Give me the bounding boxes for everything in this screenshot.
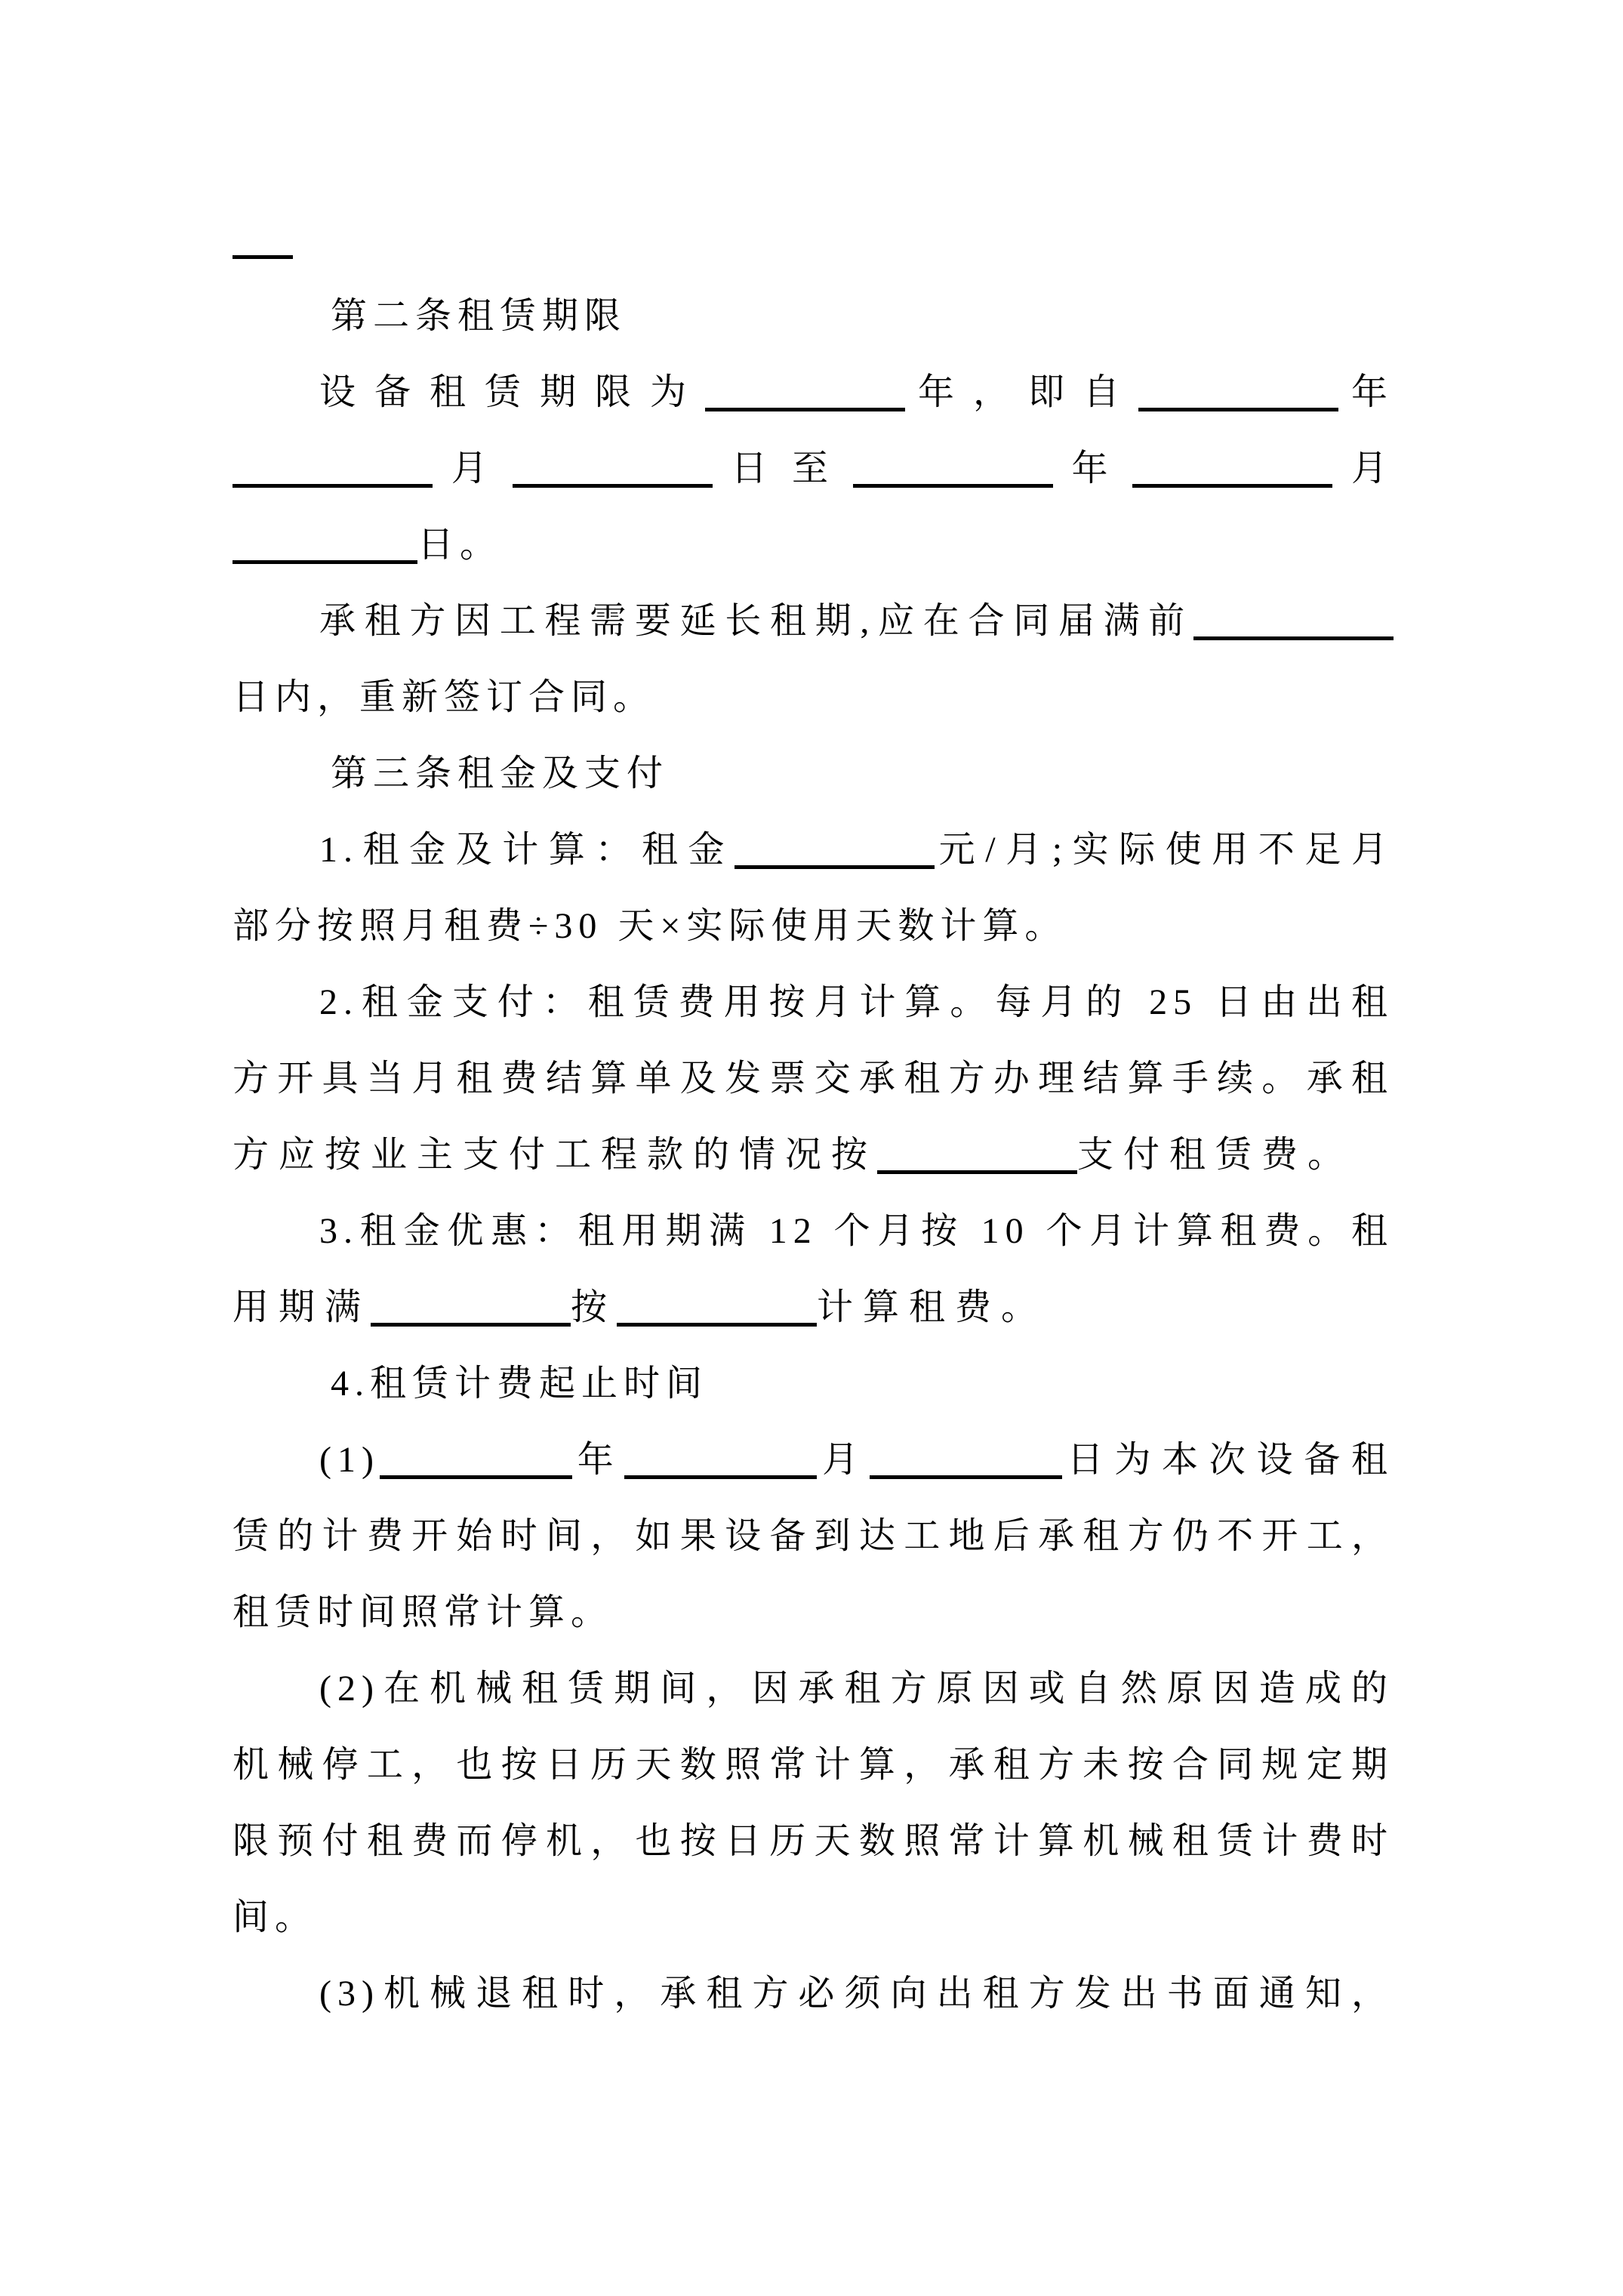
document-line: 第三条租金及支付 [233,735,1394,812]
document-line: 赁的计费开始时间，如果设备到达工地后承租方仍不开工， [233,1498,1394,1574]
document-line: (3)机械退租时，承租方必须向出租方发出书面通知， [233,1955,1394,2032]
line-text: 日为本次设备租 [1062,1440,1394,1480]
line-text: 方应按业主支付工程款的情况按 [233,1135,877,1175]
document-line: 机械停工，也按日历天数照常计算，承租方未按合同规定期 [233,1727,1394,1803]
blank-underline [380,1475,572,1479]
document-line: 2.租金支付：租赁费用按月计算。每月的 25 日由出租 [233,964,1394,1040]
line-text: 1.租金及计算：租金 [319,830,735,870]
document-line: 承租方因工程需要延长租期,应在合同届满前 [233,583,1394,659]
document-line [233,202,1394,278]
document-line: 月日至年月 [233,430,1394,507]
blank-underline [233,255,293,259]
blank-underline [371,1323,571,1327]
line-text: (2)在机械租赁期间，因承租方原因或自然原因造成的 [319,1669,1394,1709]
blank-underline [1132,484,1332,488]
contract-body: 第二条租赁期限设备租赁期限为年，即自年月日至年月日。承租方因工程需要延长租期,应… [233,202,1394,2032]
document-line: 日。 [233,507,1394,583]
document-line: 部分按照月租费÷30 天×实际使用天数计算。 [233,888,1394,964]
document-line: 间。 [233,1879,1394,1955]
line-text: 3.租金优惠：租用期满 12 个月按 10 个月计算租费。租 [319,1211,1394,1251]
blank-underline [705,408,905,411]
document-line: 租赁时间照常计算。 [233,1574,1394,1650]
line-text: 间。 [233,1897,317,1937]
line-text: 日至 [713,448,853,488]
line-text: 按 [571,1287,617,1327]
blank-underline [233,484,433,488]
line-text: 租赁时间照常计算。 [233,1592,613,1632]
document-line: 日内，重新签订合同。 [233,659,1394,735]
line-text: 机械停工，也按日历天数照常计算，承租方未按合同规定期 [233,1745,1394,1785]
document-line: 4.租赁计费起止时间 [233,1345,1394,1422]
blank-underline [853,484,1053,488]
line-text: (3)机械退租时，承租方必须向出租方发出书面通知， [319,1974,1394,2014]
document-line: 方应按业主支付工程款的情况按支付租赁费。 [233,1117,1394,1193]
line-text: 限预付租费而停机，也按日历天数照常计算机械租赁计费时 [233,1821,1394,1861]
line-text: 2.租金支付：租赁费用按月计算。每月的 25 日由出租 [319,982,1394,1022]
document-line: 1.租金及计算：租金元/月;实际使用不足月 [233,812,1394,888]
blank-underline [735,865,935,869]
line-text: 支付租赁费。 [1077,1135,1354,1175]
line-text: 方开具当月租费结算单及发票交承租方办理结算手续。承租 [233,1059,1394,1099]
blank-underline [233,560,417,564]
document-line: 用期满按计算租费。 [233,1269,1394,1345]
blank-underline [1193,636,1394,640]
line-text: 月 [433,448,513,488]
line-text: 计算租费。 [817,1287,1047,1327]
line-text: 年 [572,1440,624,1480]
blank-underline [513,484,713,488]
blank-underline [624,1475,817,1479]
line-text: 用期满 [233,1287,371,1327]
line-text: 赁的计费开始时间，如果设备到达工地后承租方仍不开工， [233,1516,1394,1556]
document-line: 第二条租赁期限 [233,278,1394,354]
document-line: 3.租金优惠：租用期满 12 个月按 10 个月计算租费。租 [233,1193,1394,1269]
line-text: 部分按照月租费÷30 天×实际使用天数计算。 [233,906,1067,946]
document-line: (1)年月日为本次设备租 [233,1422,1394,1498]
blank-underline [870,1475,1062,1479]
line-text: 年 [1338,372,1394,412]
line-text: 月 [817,1440,869,1480]
blank-underline [877,1170,1077,1174]
blank-underline [617,1323,817,1327]
contract-document-page: 第二条租赁期限设备租赁期限为年，即自年月日至年月日。承租方因工程需要延长租期,应… [0,0,1623,2296]
line-text: (1) [319,1440,380,1480]
line-text: 日。 [417,525,502,565]
line-text: 第三条租金及支付 [331,754,669,794]
blank-underline [1138,408,1338,411]
line-text: 元/月;实际使用不足月 [935,830,1394,870]
document-line: 方开具当月租费结算单及发票交承租方办理结算手续。承租 [233,1040,1394,1117]
line-text: 年 [1053,448,1133,488]
line-text: 日内，重新签订合同。 [233,677,655,717]
line-text: 4.租赁计费起止时间 [331,1364,708,1404]
document-line: (2)在机械租赁期间，因承租方原因或自然原因造成的 [233,1650,1394,1727]
document-line: 设备租赁期限为年，即自年 [233,354,1394,430]
line-text: 设备租赁期限为 [319,372,705,412]
line-text: 年，即自 [905,372,1138,412]
line-text: 第二条租赁期限 [331,296,627,336]
line-text: 月 [1332,448,1394,488]
document-line: 限预付租费而停机，也按日历天数照常计算机械租赁计费时 [233,1803,1394,1879]
line-text: 承租方因工程需要延长租期,应在合同届满前 [319,601,1193,641]
